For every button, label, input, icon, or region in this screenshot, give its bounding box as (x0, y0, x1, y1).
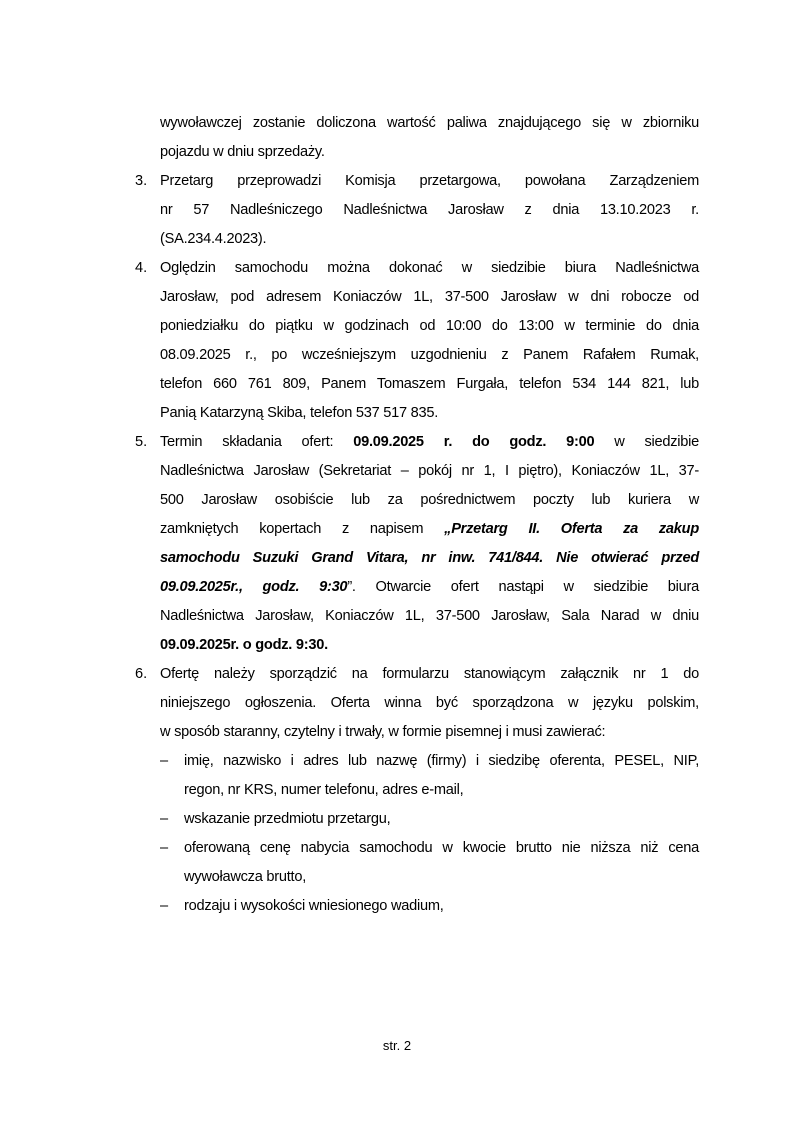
bullet-line: rodzaju i wysokości wniesionego wadium, (184, 896, 699, 916)
envelope-label-bold-italic: 09.09.2025r., godz. 9:30 (160, 579, 347, 595)
page-number: str. 2 (0, 1038, 794, 1054)
bullet-line: regon, nr KRS, numer telefonu, adres e-m… (184, 780, 699, 800)
paragraph-line: 09.09.2025r., godz. 9:30”. Otwarcie ofer… (160, 577, 699, 597)
paragraph-line: poniedziałku do piątku w godzinach od 10… (160, 316, 699, 336)
deadline-bold: 09.09.2025 r. do godz. 9:00 (353, 434, 594, 450)
list-number: 4. (135, 258, 155, 278)
paragraph-line: Przetarg przeprowadzi Komisja przetargow… (160, 171, 699, 191)
bullet-line: oferowaną cenę nabycia samochodu w kwoci… (184, 838, 699, 858)
paragraph-line: telefon 660 761 809, Panem Tomaszem Furg… (160, 374, 699, 394)
paragraph-line: nr 57 Nadleśniczego Nadleśnictwa Jarosła… (160, 200, 699, 220)
document-page: wywoławczej zostanie doliczona wartość p… (0, 0, 794, 1123)
paragraph-line: (SA.234.4.2023). (160, 229, 699, 249)
bullet-line: wskazanie przedmiotu przetargu, (184, 809, 699, 829)
paragraph-line: pojazdu w dniu sprzedaży. (160, 142, 699, 162)
text: zamkniętych kopertach z napisem (160, 521, 444, 537)
bullet-dash: – (160, 838, 168, 858)
bullet-line: imię, nazwisko i adres lub nazwę (firmy)… (184, 751, 699, 771)
bullet-line: wywoławcza brutto, (184, 867, 699, 887)
text: w siedzibie (594, 434, 699, 450)
text: ”. Otwarcie ofert nastąpi w siedzibie bi… (347, 579, 699, 595)
text: Termin składania ofert: (160, 434, 353, 450)
list-number: 3. (135, 171, 155, 191)
paragraph-line: Oględzin samochodu można dokonać w siedz… (160, 258, 699, 278)
list-number: 5. (135, 432, 155, 452)
paragraph-line: Termin składania ofert: 09.09.2025 r. do… (160, 432, 699, 452)
paragraph-line: Panią Katarzyną Skiba, telefon 537 517 8… (160, 403, 699, 423)
paragraph-line: Nadleśnictwa Jarosław, Koniaczów 1L, 37-… (160, 606, 699, 626)
paragraph-line: wywoławczej zostanie doliczona wartość p… (160, 113, 699, 133)
paragraph-line: 09.09.2025r. o godz. 9:30. (160, 635, 699, 655)
bullet-dash: – (160, 896, 168, 916)
paragraph-line: zamkniętych kopertach z napisem „Przetar… (160, 519, 699, 539)
paragraph-line: 08.09.2025 r., po wcześniejszym uzgodnie… (160, 345, 699, 365)
paragraph-line: Jarosław, pod adresem Koniaczów 1L, 37-5… (160, 287, 699, 307)
paragraph-line: Nadleśnictwa Jarosław (Sekretariat – pok… (160, 461, 699, 481)
bullet-dash: – (160, 809, 168, 829)
list-number: 6. (135, 664, 155, 684)
paragraph-line: w sposób staranny, czytelny i trwały, w … (160, 722, 699, 742)
envelope-label-bold-italic: „Przetarg II. Oferta za zakup (444, 521, 699, 537)
paragraph-line: niniejszego ogłoszenia. Oferta winna być… (160, 693, 699, 713)
bullet-dash: – (160, 751, 168, 771)
paragraph-line: 500 Jarosław osobiście lub za pośrednict… (160, 490, 699, 510)
paragraph-line: Ofertę należy sporządzić na formularzu s… (160, 664, 699, 684)
paragraph-line: samochodu Suzuki Grand Vitara, nr inw. 7… (160, 548, 699, 568)
